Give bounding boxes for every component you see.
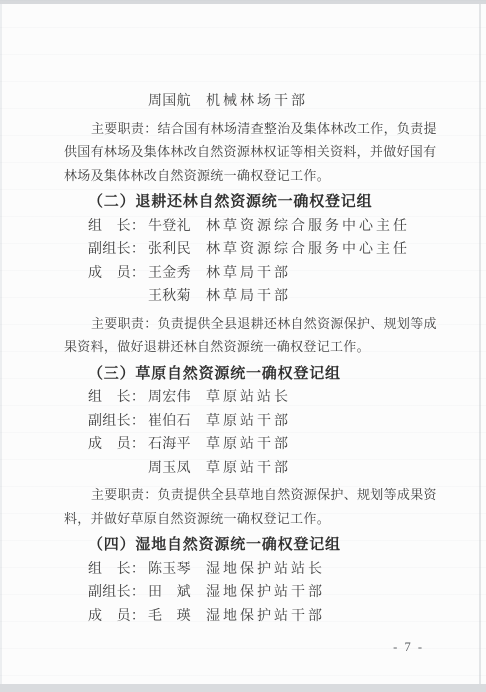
member-row: 副组长： 田 斌 湿地保护站干部 — [88, 581, 444, 605]
member-title: 湿地保护站干部 — [206, 581, 325, 605]
duty-line: 林场及集体林改自然资源统一确权登记工作。 — [64, 164, 444, 188]
member-name: 王金秀 — [148, 262, 206, 286]
member-name: 崔伯石 — [148, 410, 206, 434]
member-title: 草原站干部 — [206, 410, 291, 434]
member-title: 草原站干部 — [206, 433, 291, 457]
member-row: 王秋菊 林草局干部 — [88, 285, 444, 309]
member-row: 成 员： 石海平 草原站干部 — [88, 433, 444, 457]
member-row: 成 员： 王金秀 林草局干部 — [88, 262, 444, 286]
member-name: 周宏伟 — [148, 386, 206, 410]
member-title: 林草资源综合服务中心主任 — [206, 238, 410, 262]
duty-line: 主要职责：负责提供全县草地自然资源保护、规划等成果资 — [64, 483, 444, 507]
member-title: 林草资源综合服务中心主任 — [206, 215, 410, 239]
member-title: 草原站干部 — [206, 457, 291, 481]
section-heading-2: （二）退耕还林自然资源统一确权登记组 — [88, 191, 444, 215]
member-role: 副组长： — [88, 238, 148, 262]
member-row: 周玉凤 草原站干部 — [88, 457, 444, 481]
member-role: 组 长： — [88, 558, 148, 582]
member-role — [88, 285, 148, 309]
duty-line: 供国有林场及集体林改自然资源林权证等相关资料，并做好国有 — [64, 140, 444, 164]
scan-edge-top — [0, 0, 486, 4]
scan-edge-right — [479, 4, 481, 684]
member-role: 副组长： — [88, 581, 148, 605]
member-name: 田 斌 — [148, 581, 206, 605]
member-name: 毛 瑛 — [148, 605, 206, 629]
member-title: 湿地保护站站长 — [206, 558, 325, 582]
member-role: 组 长： — [88, 386, 148, 410]
member-role: 成 员： — [88, 605, 148, 629]
duty-line: 主要职责：负责提供全县退耕还林自然资源保护、规划等成 — [64, 312, 444, 336]
section-heading-4: （四）湿地自然资源统一确权登记组 — [88, 534, 444, 558]
member-name: 陈玉琴 — [148, 558, 206, 582]
member-name: 牛登礼 — [148, 215, 206, 239]
member-name: 石海平 — [148, 433, 206, 457]
member-role: 副组长： — [88, 410, 148, 434]
member-title: 林草局干部 — [206, 262, 291, 286]
member-title: 草原站站长 — [206, 386, 291, 410]
member-title: 机械林场干部 — [206, 90, 308, 114]
member-row: 成 员： 毛 瑛 湿地保护站干部 — [88, 605, 444, 629]
duty-line: 料，并做好草原自然资源统一确权登记工作。 — [64, 507, 444, 531]
member-role: 成 员： — [88, 262, 148, 286]
scan-edge-bottom — [0, 684, 486, 692]
member-role — [88, 90, 148, 114]
page-content: 周国航 机械林场干部 主要职责：结合国有林场清查整治及集体林改工作，负责提 供国… — [64, 90, 444, 628]
duty-line: 果资料，做好退耕还林自然资源统一确权登记工作。 — [64, 335, 444, 359]
member-name: 周玉凤 — [148, 457, 206, 481]
member-row: 组 长： 周宏伟 草原站站长 — [88, 386, 444, 410]
member-row: 组 长： 陈玉琴 湿地保护站站长 — [88, 558, 444, 582]
page-number: - 7 - — [393, 640, 424, 655]
member-role: 组 长： — [88, 215, 148, 239]
duty-line: 主要职责：结合国有林场清查整治及集体林改工作，负责提 — [64, 117, 444, 141]
member-role — [88, 457, 148, 481]
member-row: 副组长： 崔伯石 草原站干部 — [88, 410, 444, 434]
member-title: 湿地保护站干部 — [206, 605, 325, 629]
member-row: 副组长： 张利民 林草资源综合服务中心主任 — [88, 238, 444, 262]
scan-edge-left — [0, 4, 2, 684]
member-name: 张利民 — [148, 238, 206, 262]
scanned-page: 周国航 机械林场干部 主要职责：结合国有林场清查整治及集体林改工作，负责提 供国… — [0, 0, 486, 692]
member-role: 成 员： — [88, 433, 148, 457]
member-row: 组 长： 牛登礼 林草资源综合服务中心主任 — [88, 215, 444, 239]
member-row: 周国航 机械林场干部 — [88, 90, 444, 114]
member-name: 周国航 — [148, 90, 206, 114]
member-title: 林草局干部 — [206, 285, 291, 309]
member-name: 王秋菊 — [148, 285, 206, 309]
section-heading-3: （三）草原自然资源统一确权登记组 — [88, 363, 444, 387]
